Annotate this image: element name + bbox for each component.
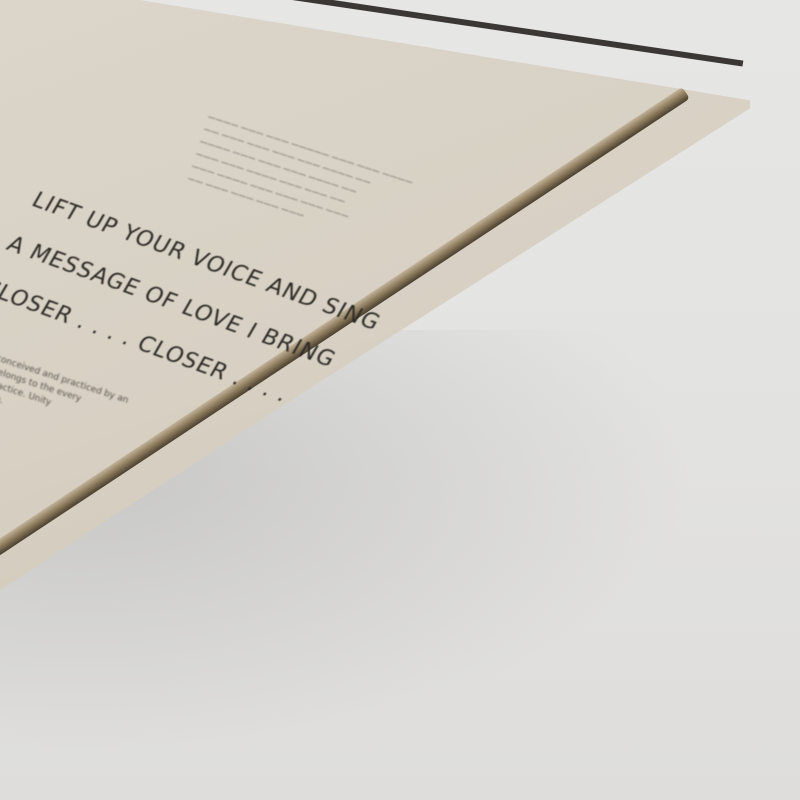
album-cover: ———— ——— ——— ————— ——— ——— ———— —— ——— —… [0, 0, 800, 530]
